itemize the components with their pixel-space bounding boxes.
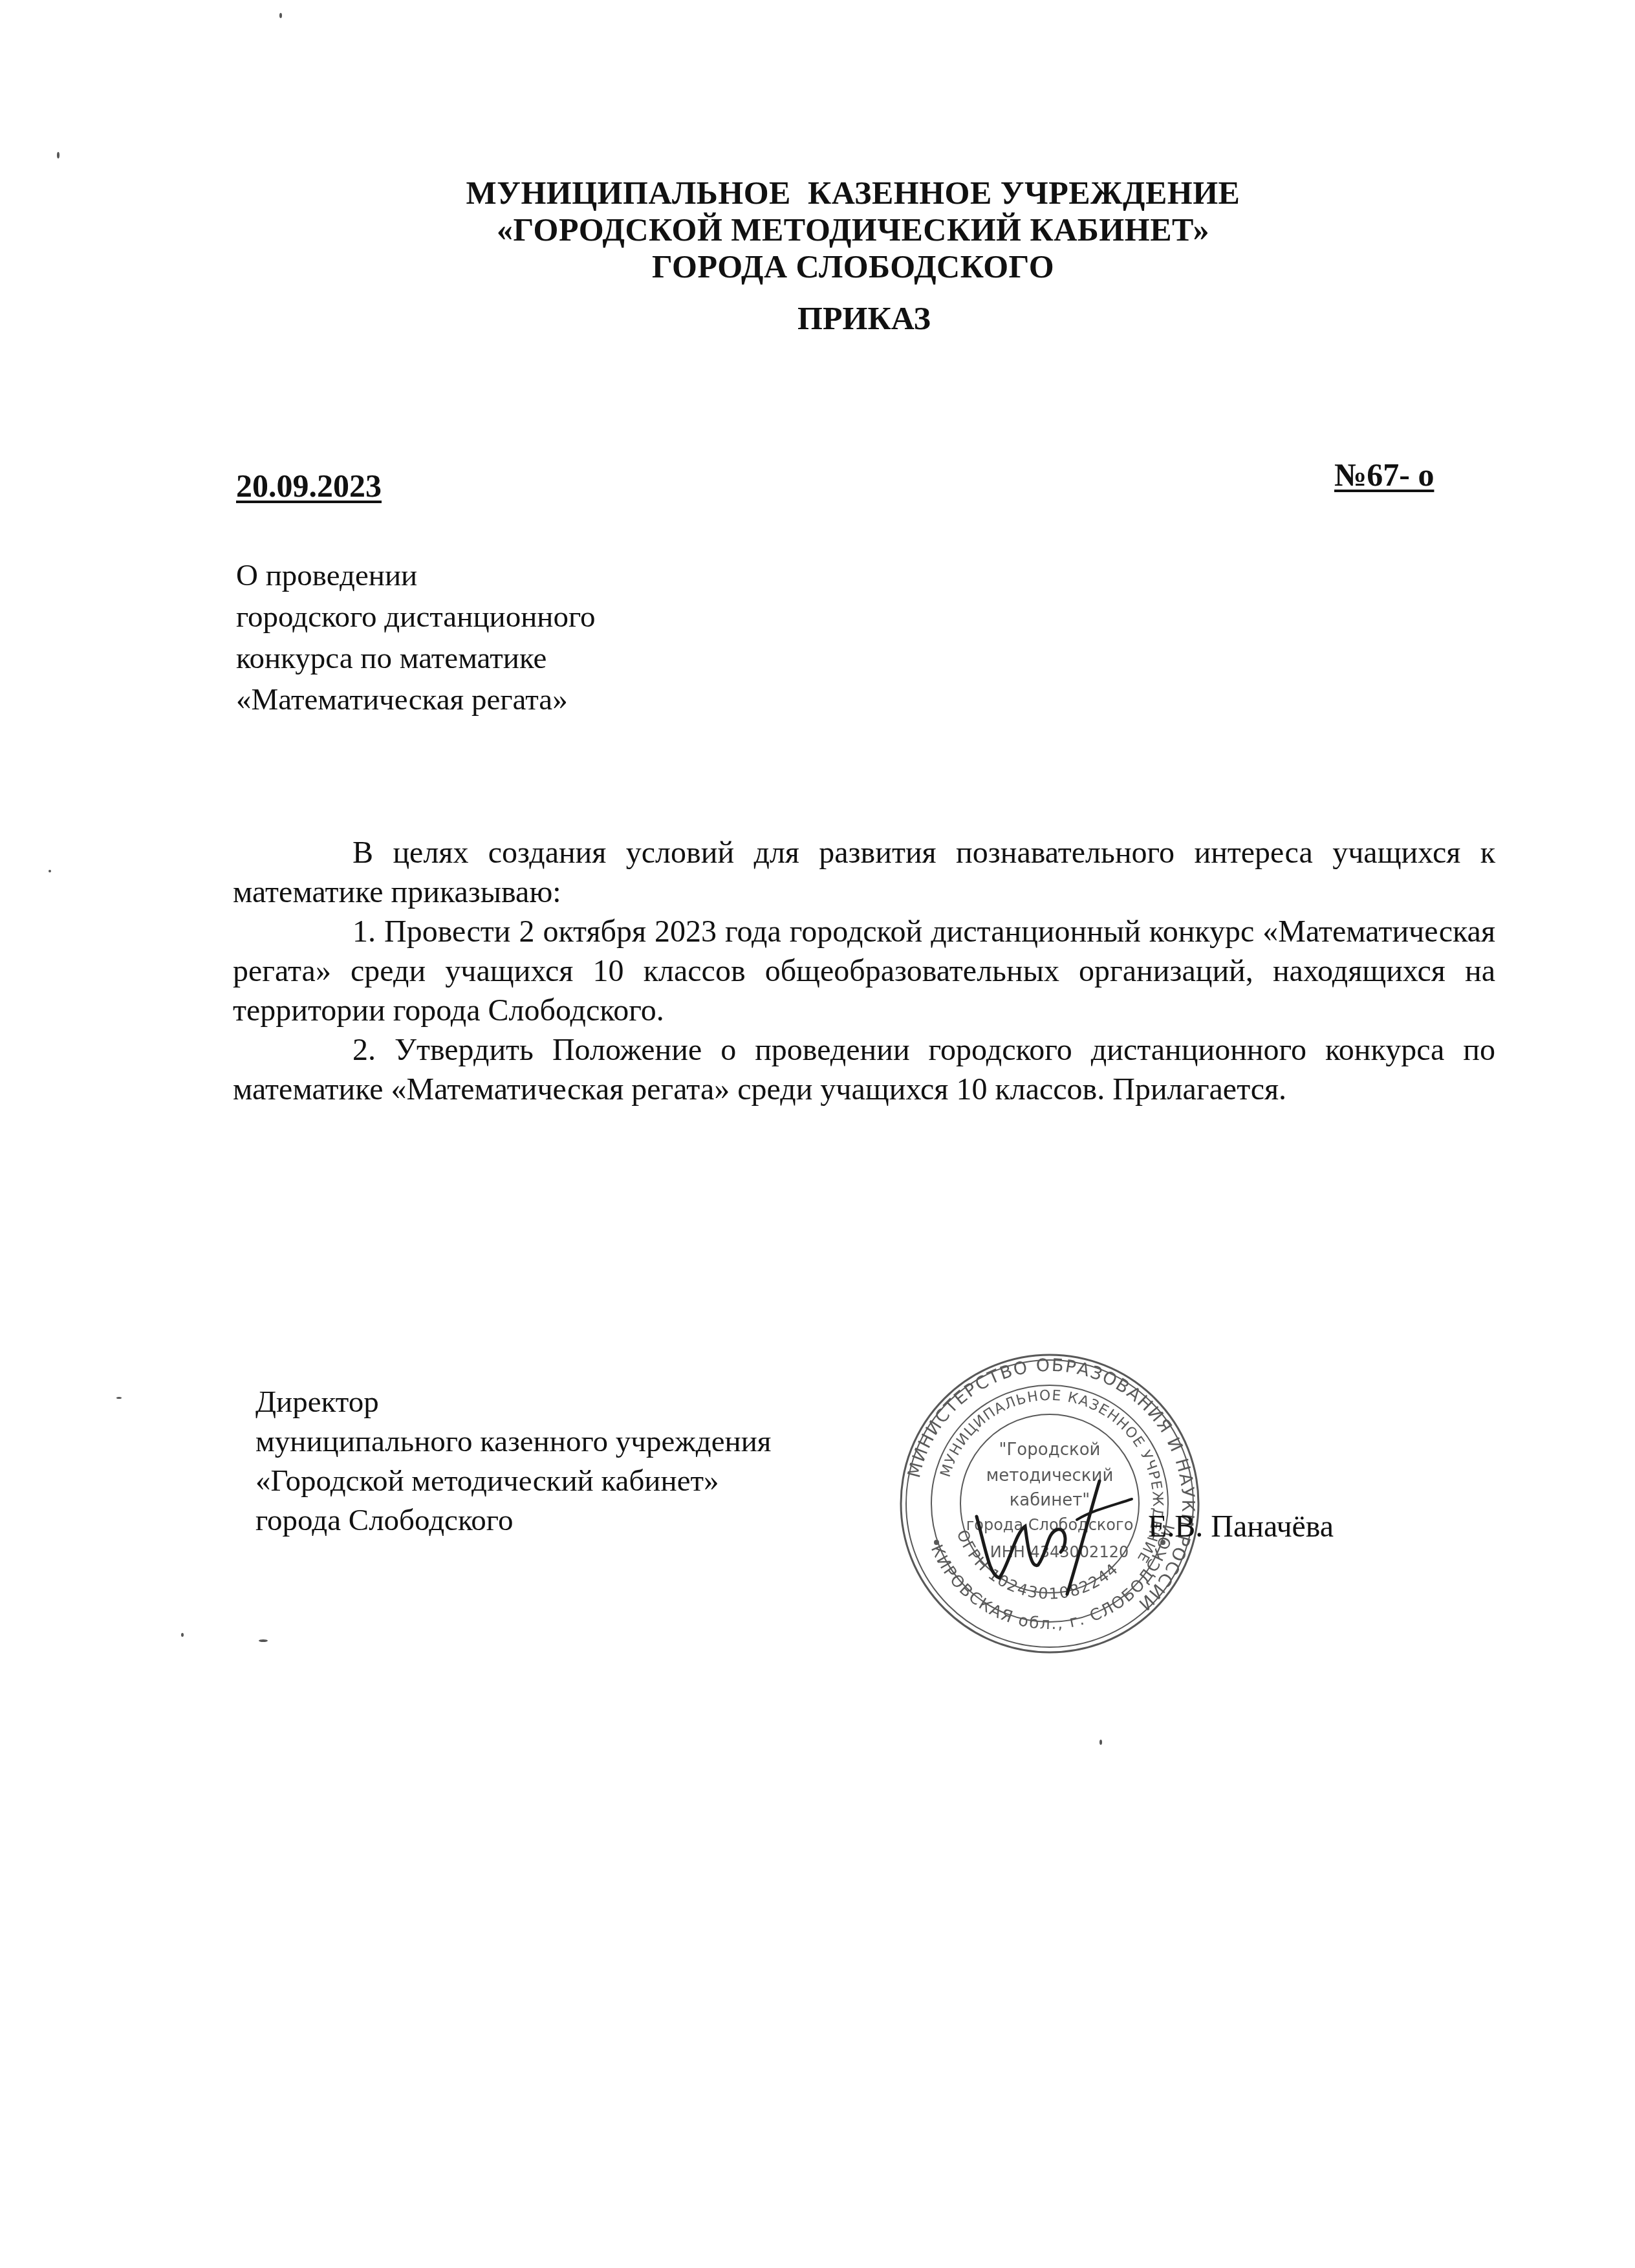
body-paragraph-preamble: В целях создания условий для развития по… [233, 833, 1495, 912]
subject-line: «Математическая регата» [236, 679, 596, 720]
signer-org-line: муниципального казенного учреждения [255, 1422, 771, 1462]
scan-speck [1099, 1740, 1102, 1745]
document-type-title: ПРИКАЗ [47, 299, 1635, 337]
document-subject: О проведении городского дистанционного к… [236, 555, 596, 720]
header-line-2: «ГОРОДСКОЙ МЕТОДИЧЕСКИЙ КАБИНЕТ» [36, 211, 1635, 248]
scan-speck [116, 1397, 122, 1399]
organization-header: МУНИЦИПАЛЬНОЕ КАЗЕННОЕ УЧРЕЖДЕНИЕ «ГОРОД… [36, 175, 1635, 285]
subject-line: конкурса по математике [236, 638, 596, 679]
signer-org-line: «Городской методический кабинет» [255, 1462, 771, 1501]
body-paragraph-item-1: 1. Провести 2 октября 2023 года городско… [233, 912, 1495, 1030]
header-line-3: ГОРОДА СЛОБОДСКОГО [36, 248, 1635, 285]
scan-speck [259, 1639, 268, 1642]
signature-block: Директор муниципального казенного учрежд… [255, 1383, 771, 1540]
scan-speck [49, 870, 51, 872]
header-line-1: МУНИЦИПАЛЬНОЕ КАЗЕННОЕ УЧРЕЖДЕНИЕ [36, 175, 1635, 211]
body-paragraph-item-2: 2. Утвердить Положение о проведении горо… [233, 1030, 1495, 1109]
document-number: №67- о [1334, 456, 1434, 493]
scan-speck [181, 1633, 184, 1637]
subject-line: О проведении [236, 555, 596, 596]
scan-speck [279, 13, 282, 18]
signer-position: Директор [255, 1383, 771, 1422]
signer-name: Е.В. Паначёва [1148, 1509, 1334, 1544]
scan-speck [57, 152, 60, 158]
handwritten-signature-icon [970, 1455, 1138, 1597]
signer-org-line: города Слободского [255, 1501, 771, 1540]
document-date: 20.09.2023 [236, 467, 382, 504]
document-body: В целях создания условий для развития по… [233, 833, 1495, 1109]
subject-line: городского дистанционного [236, 596, 596, 638]
